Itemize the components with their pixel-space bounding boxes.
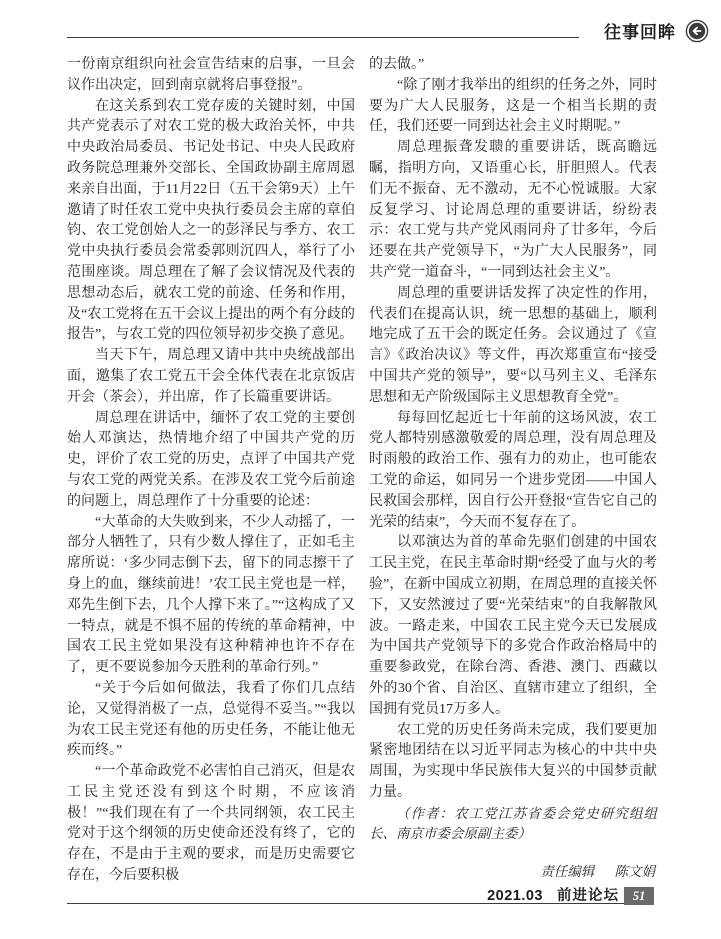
editor-label: 责任编辑 xyxy=(540,864,594,879)
back-arrow-circle-icon xyxy=(685,19,709,43)
author-note: （作者：农工党江苏省委会党史研究组组长、南京市委会原副主委） xyxy=(369,804,657,846)
footer-journal-line: 2021.03前进论坛 xyxy=(67,884,619,905)
paragraph: 在这关系到农工党存废的关键时刻，中国共产党表示了对农工党的极大政治关怀，中共中央… xyxy=(67,97,355,347)
page-header: 往事回眸 xyxy=(604,18,709,43)
article-body: 一份南京组织向社会宣告结束的启事，一旦会议作出决定，回到南京就将启事登报”。 在… xyxy=(67,55,657,887)
page-number-badge: 51 xyxy=(624,887,654,905)
paragraph: 农工党的历史任务尚未完成，我们要更加紧密地团结在以习近平同志为核心的中共中央周围… xyxy=(369,721,657,804)
paragraph: 当天下午，周总理又请中共中央统战部出面，邀集了农工党五干会全体代表在北京饭店开会… xyxy=(67,346,355,408)
paragraph: “大革命的大失败到来，不少人动摇了，一部分人牺牲了，只有少数人撑住了，正如毛主席… xyxy=(67,513,355,679)
paragraph: “一个革命政党不必害怕自己消灭，但是农工民主党还没有到这个时期，不应该消极！”“… xyxy=(67,762,355,887)
paragraph: 周总理振聋发聩的重要讲话，既高瞻远瞩，指明方向，又语重心长，肝胆照人。代表们无不… xyxy=(369,138,657,284)
journal-title: 前进论坛 xyxy=(557,888,619,904)
paragraph: 一份南京组织向社会宣告结束的启事，一旦会议作出决定，回到南京就将启事登报”。 xyxy=(67,55,355,97)
magazine-page: 往事回眸 一份南京组织向社会宣告结束的启事，一旦会议作出决定，回到南京就将启事登… xyxy=(0,0,721,939)
paragraph: 以邓演达为首的革命先驱们创建的中国农工民主党，在民主革命时期“经受了血与火的考验… xyxy=(369,533,657,720)
paragraph: “关于今后如何做法，我看了你们几点结论，又觉得消极了一点，总觉得不妥当。”“我以… xyxy=(67,679,355,762)
issue-date: 2021.03 xyxy=(487,888,543,904)
paragraph: 周总理在讲话中，缅怀了农工党的主要创始人邓演达，热情地介绍了中国共产党的历史，评… xyxy=(67,409,355,513)
right-column: 的去做。” “除了刚才我举出的组织的任务之外，同时要为广大人民服务，这是一个相当… xyxy=(369,55,657,887)
paragraph: 的去做。” xyxy=(369,55,657,76)
section-label: 往事回眸 xyxy=(604,18,676,43)
footer-rule xyxy=(67,903,624,904)
left-column: 一份南京组织向社会宣告结束的启事，一旦会议作出决定，回到南京就将启事登报”。 在… xyxy=(67,55,355,887)
paragraph: 每每回忆起近七十年前的这场风波，农工党人都特别感激敬爱的周总理，没有周总理及时雨… xyxy=(369,409,657,534)
paragraph: “除了刚才我举出的组织的任务之外，同时要为广大人民服务，这是一个相当长期的责任，… xyxy=(369,76,657,138)
paragraph: 周总理的重要讲话发挥了决定性的作用，代表们在提高认识，统一思想的基础上，顺利地完… xyxy=(369,284,657,409)
editor-name: 陈文娟 xyxy=(615,864,656,879)
editor-credit: 责任编辑陈文娟 xyxy=(369,862,657,883)
header-rule xyxy=(67,37,579,38)
